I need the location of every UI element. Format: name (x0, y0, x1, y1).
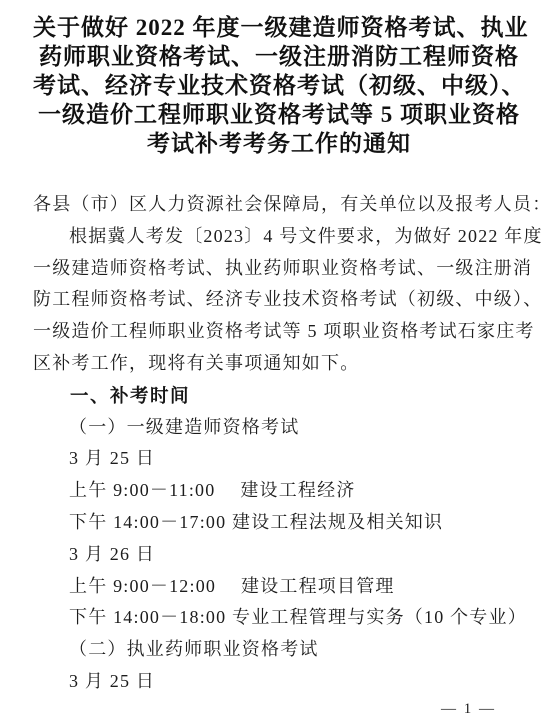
schedule-line-session: 上午 9:00－12:00 建设工程项目管理 (33, 571, 525, 603)
schedule-line-session: 下午 14:00－18:00 专业工程管理与实务（10 个专业） (33, 602, 525, 634)
intro-line-2: 一级建造师资格考试、执业药师职业资格考试、一级注册消 (33, 253, 525, 285)
document-page: 关于做好 2022 年度一级建造师资格考试、执业 药师职业资格考试、一级注册消防… (0, 0, 558, 728)
schedule-line-date: 3 月 25 日 (33, 666, 525, 698)
intro-line-5: 区补考工作，现将有关事项通知如下。 (33, 348, 525, 380)
notice-title: 关于做好 2022 年度一级建造师资格考试、执业 药师职业资格考试、一级注册消防… (33, 13, 525, 158)
page-number: — 1 — (441, 701, 496, 718)
notice-title-line-3: 考试、经济专业技术资格考试（初级、中级）、 (33, 71, 525, 100)
section-heading-exam-time: 一、补考时间 (33, 380, 525, 412)
intro-line-4: 一级造价工程师职业资格考试等 5 项职业资格考试石家庄考 (33, 316, 525, 348)
schedule-line-session: 上午 9:00－11:00 建设工程经济 (33, 475, 525, 507)
salutation: 各县（市）区人力资源社会保障局，有关单位以及报考人员： (33, 189, 525, 221)
intro-line-3: 防工程师资格考试、经济专业技术资格考试（初级、中级）、 (33, 284, 525, 316)
notice-title-line-1: 关于做好 2022 年度一级建造师资格考试、执业 (33, 13, 525, 42)
intro-line-1: 根据冀人考发〔2023〕4 号文件要求，为做好 2022 年度 (33, 221, 525, 253)
notice-title-line-4: 一级造价工程师职业资格考试等 5 项职业资格 (33, 100, 525, 129)
notice-title-line-2: 药师职业资格考试、一级注册消防工程师资格 (33, 42, 525, 71)
schedule-line-exam1-title: （一）一级建造师资格考试 (33, 412, 525, 444)
schedule-line-session: 下午 14:00－17:00 建设工程法规及相关知识 (33, 507, 525, 539)
schedule-line-date: 3 月 25 日 (33, 443, 525, 475)
schedule-line-date: 3 月 26 日 (33, 539, 525, 571)
notice-title-line-5: 考试补考考务工作的通知 (33, 129, 525, 158)
notice-body: 各县（市）区人力资源社会保障局，有关单位以及报考人员： 根据冀人考发〔2023〕… (33, 189, 525, 698)
schedule-line-exam2-title: （二）执业药师职业资格考试 (33, 634, 525, 666)
